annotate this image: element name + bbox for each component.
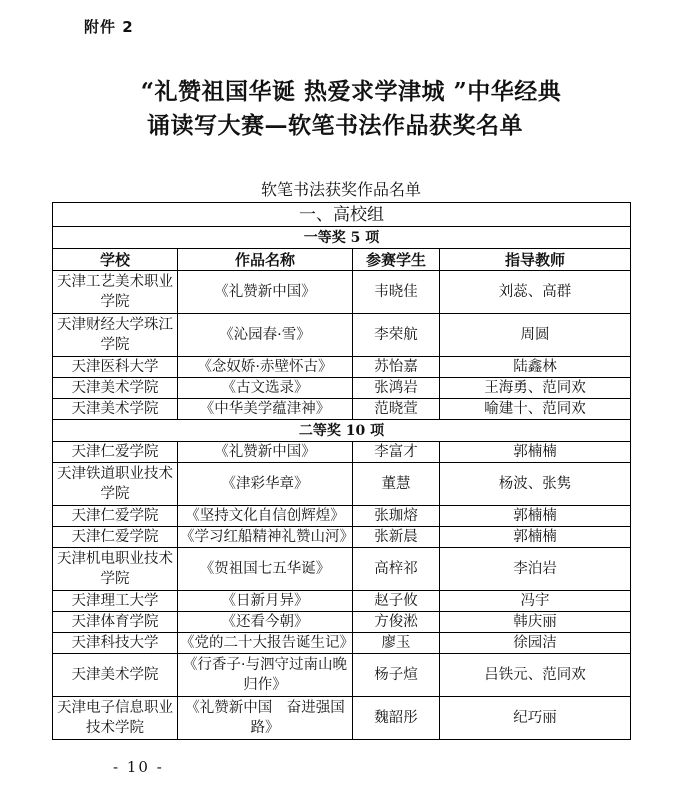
table-caption: 软笔书法获奖作品名单 (0, 177, 682, 200)
school-cell: 天津医科大学 (53, 357, 178, 378)
work-cell: 《礼赞新中国》 (178, 442, 353, 463)
work-cell: 《古文选录》 (178, 378, 353, 399)
work-cell: 《日新月异》 (178, 591, 353, 612)
work-cell: 《津彩华章》 (178, 463, 353, 506)
work-cell: 《沁园春·雪》 (178, 314, 353, 357)
student-cell: 高梓祁 (353, 548, 440, 591)
student-cell: 董慧 (353, 463, 440, 506)
student-cell: 张鸿岩 (353, 378, 440, 399)
student-cell: 李富才 (353, 442, 440, 463)
award-table: 一、高校组 一等奖 5 项 学校 作品名称 参赛学生 指导教师 天津工艺美术职业… (52, 202, 631, 740)
school-cell: 天津仁爱学院 (53, 506, 178, 527)
school-cell: 天津仁爱学院 (53, 527, 178, 548)
student-cell: 方俊淞 (353, 612, 440, 633)
teacher-cell: 王海勇、范同欢 (440, 378, 631, 399)
student-cell: 范晓萱 (353, 399, 440, 420)
prize-title: 一等奖 5 项 (53, 227, 631, 249)
work-cell: 《礼赞新中国 奋进强国路》 (178, 697, 353, 740)
school-cell: 天津体育学院 (53, 612, 178, 633)
teacher-cell: 郭楠楠 (440, 442, 631, 463)
teacher-cell: 刘蕊、高群 (440, 271, 631, 314)
work-cell: 《贺祖国七五华诞》 (178, 548, 353, 591)
teacher-cell: 李泊岩 (440, 548, 631, 591)
document-title-line-2: 诵读写大赛—软笔书法作品获奖名单 (0, 107, 676, 140)
school-cell: 天津工艺美术职业学院 (53, 271, 178, 314)
student-cell: 苏怡嘉 (353, 357, 440, 378)
column-header-student: 参赛学生 (353, 249, 440, 271)
school-cell: 天津铁道职业技术学院 (53, 463, 178, 506)
table-row: 天津美术学院 《古文选录》 张鸿岩 王海勇、范同欢 (53, 378, 631, 399)
table-row: 天津电子信息职业技术学院 《礼赞新中国 奋进强国路》 魏韶彤 纪巧丽 (53, 697, 631, 740)
table-row: 天津医科大学 《念奴娇·赤壁怀古》 苏怡嘉 陆鑫林 (53, 357, 631, 378)
student-cell: 李荣航 (353, 314, 440, 357)
school-cell: 天津理工大学 (53, 591, 178, 612)
school-cell: 天津电子信息职业技术学院 (53, 697, 178, 740)
school-cell: 天津机电职业技术学院 (53, 548, 178, 591)
teacher-cell: 喻建十、范同欢 (440, 399, 631, 420)
school-cell: 天津科技大学 (53, 633, 178, 654)
document-title-line-1: “礼赞祖国华诞 热爱求学津城 ”中华经典 (10, 73, 682, 106)
school-cell: 天津美术学院 (53, 399, 178, 420)
teacher-cell: 吕铁元、范同欢 (440, 654, 631, 697)
teacher-cell: 纪巧丽 (440, 697, 631, 740)
school-cell: 天津仁爱学院 (53, 442, 178, 463)
table-row: 天津仁爱学院 《礼赞新中国》 李富才 郭楠楠 (53, 442, 631, 463)
work-cell: 《还看今朝》 (178, 612, 353, 633)
work-cell: 《学习红船精神礼赞山河》 (178, 527, 353, 548)
table-row: 天津机电职业技术学院 《贺祖国七五华诞》 高梓祁 李泊岩 (53, 548, 631, 591)
student-cell: 魏韶彤 (353, 697, 440, 740)
table-row: 天津理工大学 《日新月异》 赵子攸 冯宇 (53, 591, 631, 612)
school-cell: 天津美术学院 (53, 654, 178, 697)
table-row: 天津科技大学 《党的二十大报告诞生记》 廖玉 徐园洁 (53, 633, 631, 654)
work-cell: 《礼赞新中国》 (178, 271, 353, 314)
table-row: 天津财经大学珠江学院 《沁园春·雪》 李荣航 周圆 (53, 314, 631, 357)
student-cell: 廖玉 (353, 633, 440, 654)
column-header-school: 学校 (53, 249, 178, 271)
teacher-cell: 周圆 (440, 314, 631, 357)
table-row: 天津铁道职业技术学院 《津彩华章》 董慧 杨波、张隽 (53, 463, 631, 506)
student-cell: 杨子煊 (353, 654, 440, 697)
table-row: 天津仁爱学院 《坚持文化自信创辉煌》 张珈熔 郭楠楠 (53, 506, 631, 527)
attachment-label: 附件 2 (84, 16, 134, 37)
table-row: 天津美术学院 《行香子·与泗守过南山晚归作》 杨子煊 吕铁元、范同欢 (53, 654, 631, 697)
work-cell: 《党的二十大报告诞生记》 (178, 633, 353, 654)
page-number: - 10 - (113, 758, 164, 776)
work-cell: 《念奴娇·赤壁怀古》 (178, 357, 353, 378)
column-header-work: 作品名称 (178, 249, 353, 271)
student-cell: 张新晨 (353, 527, 440, 548)
student-cell: 张珈熔 (353, 506, 440, 527)
teacher-cell: 韩庆丽 (440, 612, 631, 633)
table-row: 天津美术学院 《中华美学蕴津神》 范晓萱 喻建十、范同欢 (53, 399, 631, 420)
work-cell: 《中华美学蕴津神》 (178, 399, 353, 420)
teacher-cell: 杨波、张隽 (440, 463, 631, 506)
school-cell: 天津财经大学珠江学院 (53, 314, 178, 357)
prize-row-second: 二等奖 10 项 (53, 420, 631, 442)
table-row: 天津仁爱学院 《学习红船精神礼赞山河》 张新晨 郭楠楠 (53, 527, 631, 548)
table-header: 学校 作品名称 参赛学生 指导教师 (53, 249, 631, 271)
group-title: 一、高校组 (53, 203, 631, 227)
teacher-cell: 徐园洁 (440, 633, 631, 654)
column-header-teacher: 指导教师 (440, 249, 631, 271)
prize-title: 二等奖 10 项 (53, 420, 631, 442)
table-row: 天津体育学院 《还看今朝》 方俊淞 韩庆丽 (53, 612, 631, 633)
teacher-cell: 冯宇 (440, 591, 631, 612)
student-cell: 韦晓佳 (353, 271, 440, 314)
work-cell: 《行香子·与泗守过南山晚归作》 (178, 654, 353, 697)
teacher-cell: 郭楠楠 (440, 506, 631, 527)
work-cell: 《坚持文化自信创辉煌》 (178, 506, 353, 527)
teacher-cell: 陆鑫林 (440, 357, 631, 378)
student-cell: 赵子攸 (353, 591, 440, 612)
group-row: 一、高校组 (53, 203, 631, 227)
school-cell: 天津美术学院 (53, 378, 178, 399)
table-row: 天津工艺美术职业学院 《礼赞新中国》 韦晓佳 刘蕊、高群 (53, 271, 631, 314)
teacher-cell: 郭楠楠 (440, 527, 631, 548)
prize-row-first: 一等奖 5 项 (53, 227, 631, 249)
